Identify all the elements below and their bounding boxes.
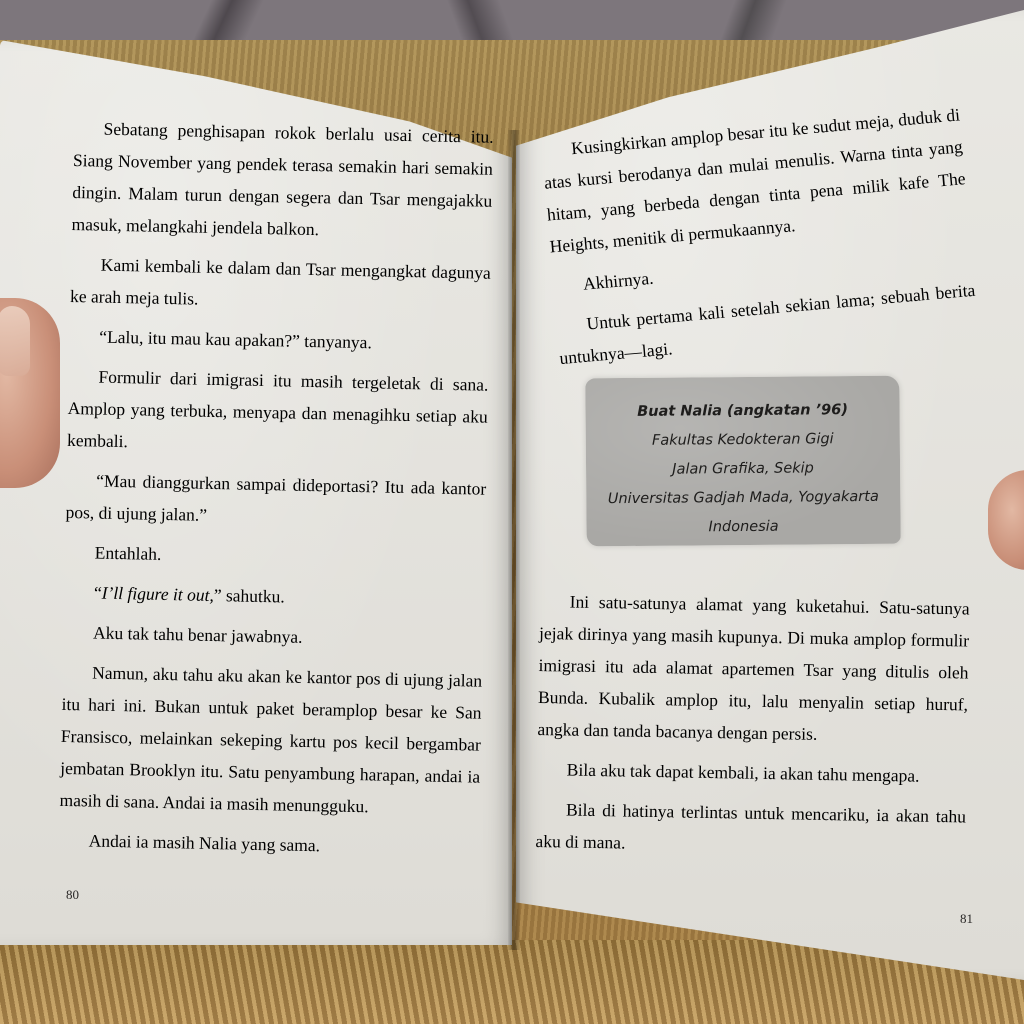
address-recipient: Buat Nalia (angkatan ’96) <box>585 396 899 428</box>
paragraph: Entahlah. <box>64 536 485 577</box>
left-thumb <box>0 298 60 488</box>
address-card: Buat Nalia (angkatan ’96) Fakultas Kedok… <box>585 376 900 547</box>
italic-phrase: I’ll figure it out, <box>102 583 215 605</box>
paragraph: Andai ia masih Nalia yang sama. <box>58 824 479 865</box>
right-page-text-top: Kusingkirkan amplop besar itu ke sudut m… <box>540 98 980 382</box>
right-page-text-bottom: Ini satu-satunya alamat yang kuketahui. … <box>535 585 970 872</box>
quote-tail: sahutku. <box>221 585 285 606</box>
thumbnail <box>0 306 30 376</box>
page-number-right: 81 <box>960 911 973 927</box>
page-number-left: 80 <box>66 887 79 903</box>
paragraph: Kami kembali ke dalam dan Tsar mengangka… <box>70 248 491 321</box>
paragraph: “Mau dianggurkan sampai dideportasi? Itu… <box>65 464 486 537</box>
left-page-text: Sebatang penghisapan rokok berlalu usai … <box>58 112 494 873</box>
address-line: Universitas Gadjah Mada, Yogyakarta <box>586 483 900 515</box>
paragraph: Bila di hatinya terlintas untuk mencarik… <box>535 793 966 864</box>
paragraph: Ini satu-satunya alamat yang kuketahui. … <box>537 585 970 752</box>
paragraph: Formulir dari imigrasi itu masih tergele… <box>67 360 489 465</box>
paragraph: Sebatang penghisapan rokok berlalu usai … <box>71 112 494 249</box>
book-gutter <box>508 130 520 950</box>
address-line: Indonesia <box>586 512 900 544</box>
paragraph: “Lalu, itu mau kau apakan?” tanyanya. <box>69 320 490 361</box>
address-line: Jalan Grafika, Sekip <box>586 454 900 486</box>
address-line: Fakultas Kedokteran Gigi <box>586 425 900 457</box>
paragraph: Namun, aku tahu aku akan ke kantor pos d… <box>59 656 482 825</box>
paragraph: Aku tak tahu benar jawabnya. <box>63 616 484 657</box>
paragraph-italic-quote: “I’ll figure it out,” sahutku. <box>64 576 485 617</box>
paragraph: Bila aku tak dapat kembali, ia akan tahu… <box>537 753 967 792</box>
